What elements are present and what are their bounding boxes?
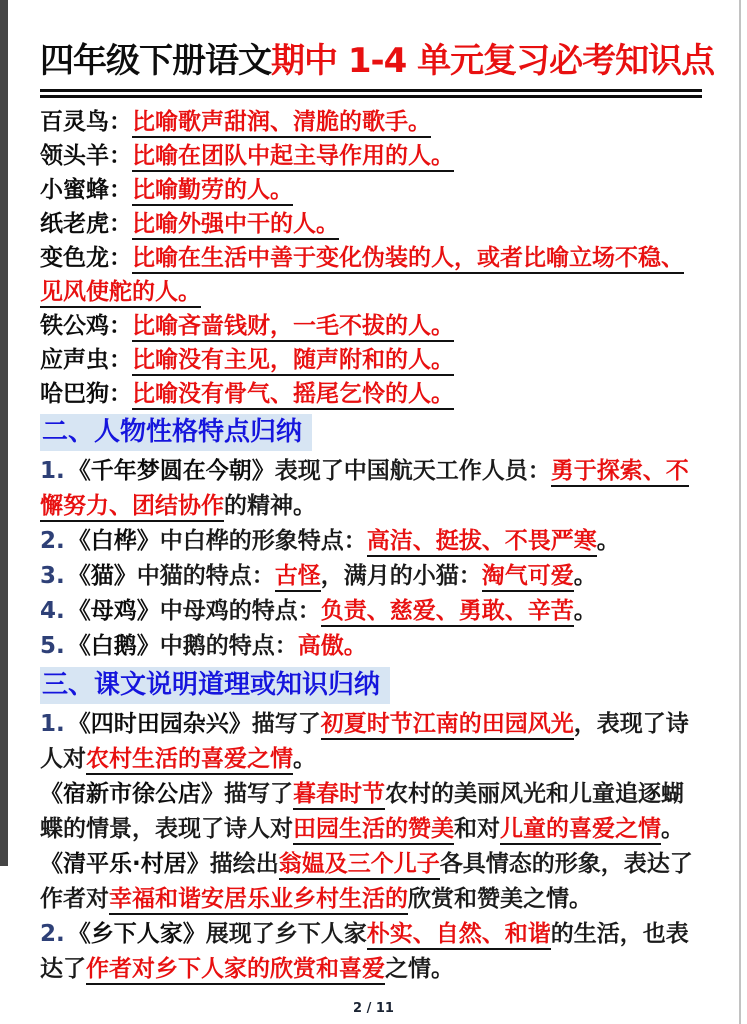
text-segment: 描写了 [224,781,293,807]
page-footer: 2 / 11 [0,1001,747,1016]
metaphor-entry: 应声虫：比喻没有主见，随声附和的人。 [40,343,705,377]
highlight-red-underlined: 儿童的喜爱之情 [500,816,661,845]
text-segment: 。 [574,563,597,589]
book-title: 《乡下人家》 [68,921,206,947]
metaphor-entry: 领头羊：比喻在团队中起主导作用的人。 [40,139,705,173]
note-paragraph: 2.《乡下人家》展现了乡下人家朴实、自然、和谐的生活，也表达了作者对乡下人家的欣… [40,917,705,987]
highlight-red-underlined: 初夏时节江南的田园风光 [321,711,574,740]
highlight-red-underlined: 古怪 [275,563,321,592]
note-paragraph: 《宿新市徐公店》描写了暮春时节农村的美丽风光和儿童追逐蝴蝶的情景，表现了诗人对田… [40,777,705,847]
item-number: 5. [40,633,65,659]
note-paragraph: 4.《母鸡》中母鸡的特点：负责、慈爱、勇敢、辛苦。 [40,594,705,629]
book-title: 《白鹅》 [68,633,160,659]
page-left-edge-shadow [0,0,8,866]
section-header-label: 二、人物性格特点归纳 [40,414,312,451]
page-title-red-part: 期中 1-4 单元复习必考知识点 [271,41,714,81]
highlight-red-underlined: 比喻歌声甜润、清脆的歌手。 [132,109,431,138]
text-segment: 中猫的特点： [137,563,275,589]
metaphor-entry: 哈巴狗：比喻没有骨气、摇尾乞怜的人。 [40,377,705,411]
text-segment: 描绘出 [210,851,279,877]
section-header-label: 三、课文说明道理或知识归纳 [40,667,390,704]
highlight-red-underlined: 比喻外强中干的人。 [132,211,339,240]
book-title: 《千年梦圆在今朝》 [68,458,275,484]
highlight-red-underlined: 比喻没有主见，随声附和的人。 [132,347,454,376]
term-label: 纸老虎： [40,211,132,237]
document-body: 百灵鸟：比喻歌声甜润、清脆的歌手。领头羊：比喻在团队中起主导作用的人。小蜜蜂：比… [40,105,705,987]
metaphor-entry: 百灵鸟：比喻歌声甜润、清脆的歌手。 [40,105,705,139]
text-segment: 。 [293,746,316,772]
note-paragraph: 1.《千年梦圆在今朝》表现了中国航天工作人员：勇于探索、不懈努力、团结协作的精神… [40,454,705,524]
title-double-underline [40,89,702,98]
highlight-red-underlined: 淘气可爱 [482,563,574,592]
term-label: 应声虫： [40,347,132,373]
text-segment: 之情。 [385,956,454,982]
text-segment: ，满月的小猫： [321,563,482,589]
highlight-red-underlined: 农村生活的喜爱之情 [86,746,293,775]
highlight-red-underlined: 作者对乡下人家的欣赏和喜爱 [86,956,385,985]
text-segment: 中鹅的特点： [160,633,298,659]
highlight-red-underlined: 幸福和谐安居乐业乡村生活的 [109,886,408,915]
text-segment: 中母鸡的特点： [160,598,321,624]
highlight-red-underlined: 比喻在团队中起主导作用的人。 [132,143,454,172]
term-label: 哈巴狗： [40,381,132,407]
item-number: 2. [40,921,65,947]
metaphor-entry: 纸老虎：比喻外强中干的人。 [40,207,705,241]
term-label: 百灵鸟： [40,109,132,135]
highlight-red-underlined: 比喻勤劳的人。 [132,177,293,206]
text-segment: 。 [597,528,620,554]
text-segment: 展现了乡下人家 [206,921,367,947]
text-segment: 表现了中国航天工作人员： [275,458,551,484]
document-page: 四年级下册语文期中 1-4 单元复习必考知识点 百灵鸟：比喻歌声甜润、清脆的歌手… [0,0,747,1024]
note-paragraph: 5.《白鹅》中鹅的特点：高傲。 [40,629,705,664]
book-title: 《母鸡》 [68,598,160,624]
text-segment: 和对 [454,816,500,842]
term-label: 铁公鸡： [40,313,132,339]
highlight-red-underlined: 高洁、挺拔、不畏严寒 [367,528,597,557]
item-number: 2. [40,528,65,554]
metaphor-entry: 小蜜蜂：比喻勤劳的人。 [40,173,705,207]
note-paragraph: 《清平乐·村居》描绘出翁媪及三个儿子各具情态的形象，表达了作者对幸福和谐安居乐业… [40,847,705,917]
document-content: 四年级下册语文期中 1-4 单元复习必考知识点 百灵鸟：比喻歌声甜润、清脆的歌手… [40,38,705,987]
page-number: 2 / 11 [353,1001,394,1016]
text-segment: 的精神。 [224,493,316,519]
highlight-red-underlined: 翁媪及三个儿子 [279,851,440,880]
text-segment: 。 [661,816,684,842]
book-title: 《猫》 [68,563,137,589]
book-title: 《白桦》 [68,528,160,554]
page-right-edge-line [739,0,741,1024]
metaphor-entry: 铁公鸡：比喻吝啬钱财，一毛不拔的人。 [40,309,705,343]
page-title: 四年级下册语文期中 1-4 单元复习必考知识点 [40,38,705,84]
text-segment: 描写了 [252,711,321,737]
text-segment: 。 [574,598,597,624]
section-header: 二、人物性格特点归纳 [40,414,705,451]
highlight-red-underlined: 比喻吝啬钱财，一毛不拔的人。 [132,313,454,342]
metaphor-entry: 变色龙：比喻在生活中善于变化伪装的人，或者比喻立场不稳、见风使舵的人。 [40,241,705,309]
text-segment: 中白桦的形象特点： [160,528,367,554]
highlight-red-underlined: 朴实、自然、和谐 [367,921,551,950]
text-segment: 欣赏和赞美之情。 [408,886,592,912]
item-number: 3. [40,563,65,589]
book-title: 《清平乐·村居》 [40,851,210,877]
highlight-red-underlined: 暮春时节 [293,781,385,810]
highlight-red: 高傲。 [298,633,367,659]
item-number: 4. [40,598,65,624]
item-number: 1. [40,458,65,484]
note-paragraph: 2.《白桦》中白桦的形象特点：高洁、挺拔、不畏严寒。 [40,524,705,559]
note-paragraph: 1.《四时田园杂兴》描写了初夏时节江南的田园风光，表现了诗人对农村生活的喜爱之情… [40,707,705,777]
item-number: 1. [40,711,65,737]
highlight-red-underlined: 比喻在生活中善于变化伪装的人，或者比喻立场不稳、见风使舵的人。 [40,245,684,308]
term-label: 领头羊： [40,143,132,169]
page-title-black-part: 四年级下册语文 [40,41,271,81]
highlight-red-underlined: 比喻没有骨气、摇尾乞怜的人。 [132,381,454,410]
book-title: 《宿新市徐公店》 [40,781,224,807]
highlight-red-underlined: 田园生活的赞美 [293,816,454,845]
book-title: 《四时田园杂兴》 [68,711,252,737]
note-paragraph: 3.《猫》中猫的特点：古怪，满月的小猫：淘气可爱。 [40,559,705,594]
highlight-red-underlined: 负责、慈爱、勇敢、辛苦 [321,598,574,627]
section-header: 三、课文说明道理或知识归纳 [40,667,705,704]
term-label: 变色龙： [40,245,132,271]
term-label: 小蜜蜂： [40,177,132,203]
